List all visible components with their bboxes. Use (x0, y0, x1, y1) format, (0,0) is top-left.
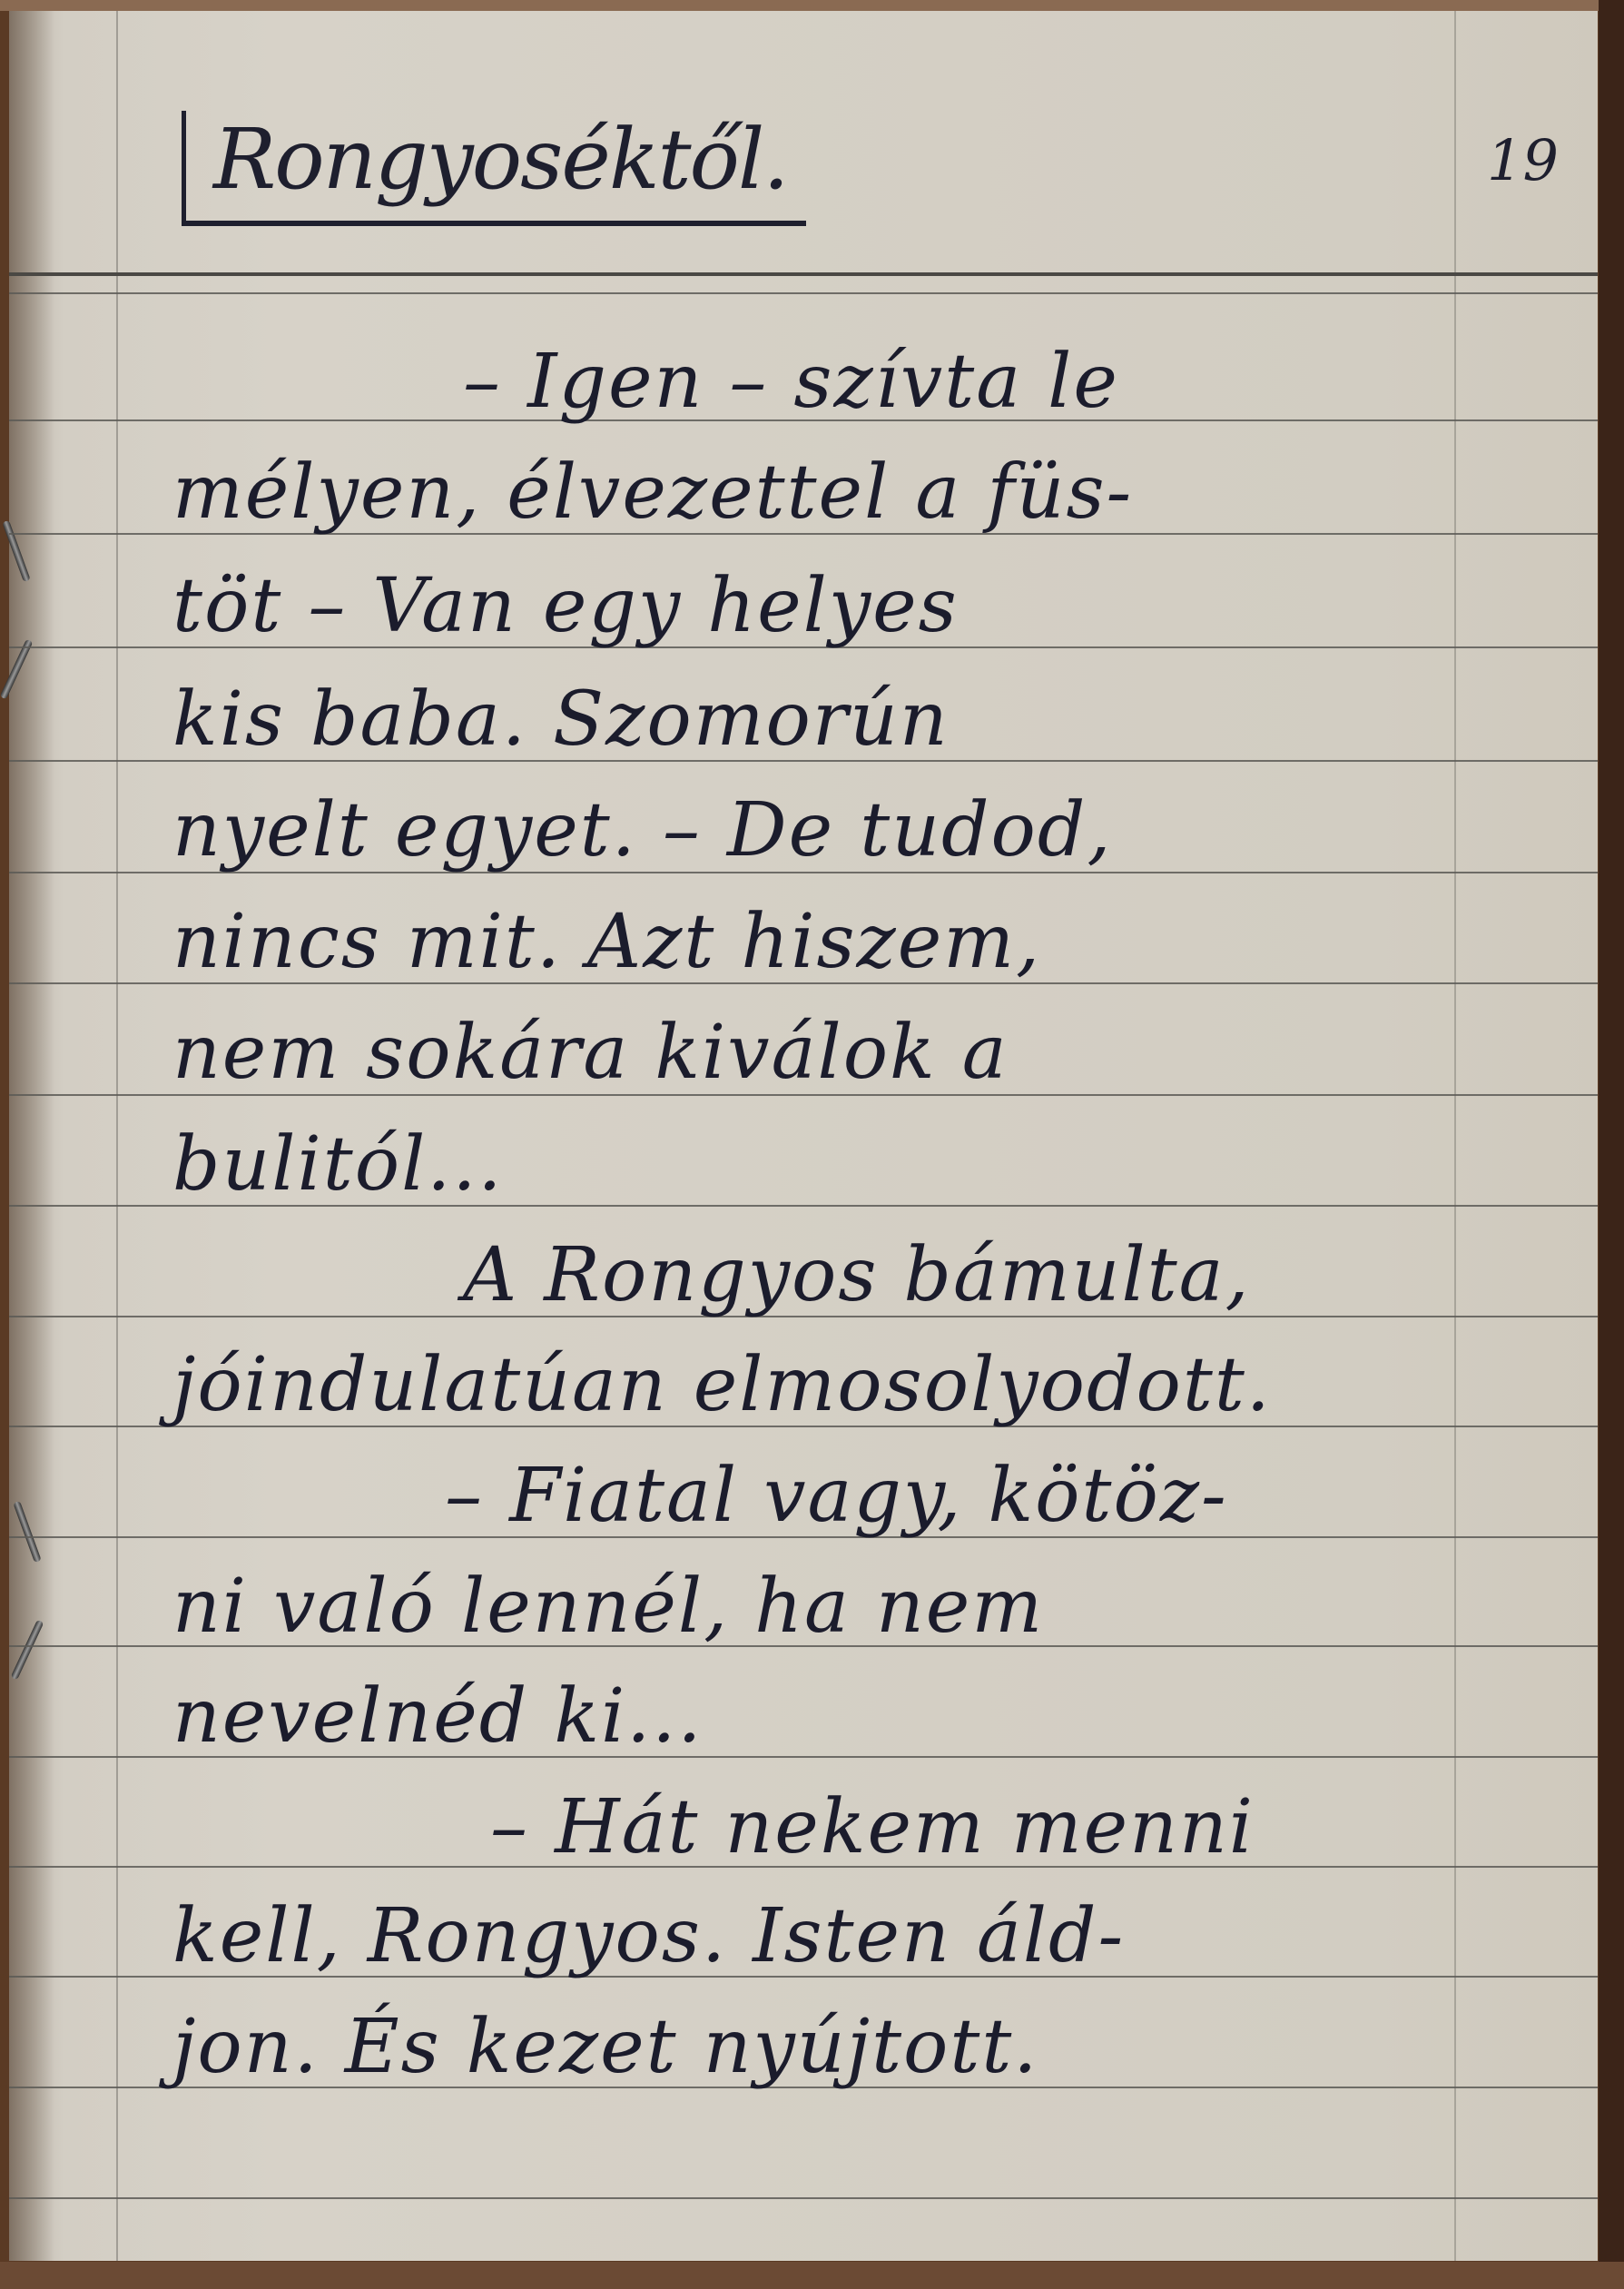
text-line: nem sokára kiválok a (172, 1016, 1589, 1090)
wood-surface-top (0, 0, 1624, 11)
left-margin-line (116, 11, 118, 2261)
text-line: ni való lennél, ha nem (172, 1570, 1589, 1644)
ruled-line (9, 2197, 1598, 2199)
text-line: kell, Rongyos. Isten áld- (172, 1899, 1589, 1974)
text-line: A Rongyos bámulta, (463, 1238, 1624, 1313)
text-line: – Hát nekem menni (490, 1791, 1624, 1865)
spine-shadow (9, 11, 54, 2261)
text-line: kis baba. Szomorún (172, 683, 1589, 757)
notebook-page: Rongyoséktől. 19 – Igen – szívta le mély… (9, 11, 1598, 2261)
text-line: mélyen, élvezettel a füs- (172, 456, 1589, 530)
text-line: – Fiatal vagy, kötöz- (445, 1459, 1624, 1534)
page-number: 19 (1487, 127, 1559, 193)
wood-surface-bottom (0, 2262, 1624, 2289)
wood-surface-right (1599, 0, 1624, 2289)
header-rule (9, 272, 1598, 276)
page-title: Rongyoséktől. (182, 111, 806, 226)
ruled-line (9, 292, 1598, 294)
text-line: nincs mit. Azt hiszem, (172, 905, 1589, 980)
text-line: – Igen – szívta le (463, 345, 1425, 419)
text-line: nyelt egyet. – De tudod, (172, 794, 1589, 868)
text-line: töt – Van egy helyes (172, 569, 1589, 644)
text-line: nevelnéd ki... (172, 1680, 1589, 1754)
text-line: jon. És kezet nyújtott. (172, 2010, 1589, 2085)
text-line: bulitól... (172, 1128, 1589, 1202)
text-line: jóindulatúan elmosolyodott. (172, 1348, 1589, 1423)
